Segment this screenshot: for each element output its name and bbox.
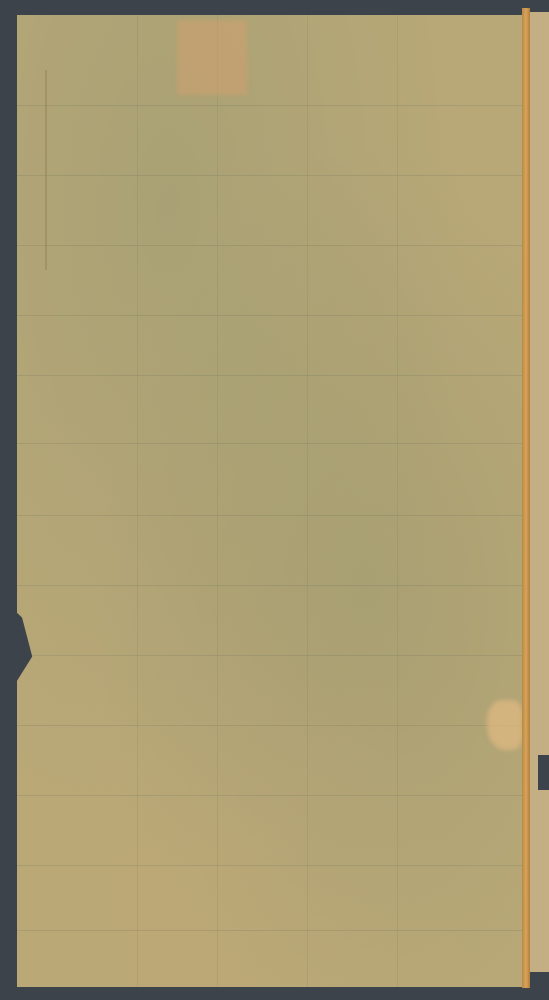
adjacent-page-edge	[530, 12, 549, 972]
ruled-column	[217, 15, 218, 987]
ruled-line	[17, 655, 525, 656]
blank-paper-page	[17, 15, 525, 987]
ruled-column	[137, 15, 138, 987]
ruled-line	[17, 795, 525, 796]
ruled-line	[17, 105, 525, 106]
ruled-line	[17, 245, 525, 246]
ruled-column	[397, 15, 398, 987]
paper-stain	[177, 20, 247, 95]
ruled-column	[307, 15, 308, 987]
fold-crease	[45, 70, 47, 270]
ruled-line	[17, 315, 525, 316]
ruled-line	[17, 443, 525, 444]
ruled-line	[17, 585, 525, 586]
ruled-line	[17, 515, 525, 516]
ruled-line	[17, 930, 525, 931]
page-tear	[538, 755, 549, 790]
ruled-line	[17, 375, 525, 376]
ruled-line	[17, 725, 525, 726]
ruled-line	[17, 175, 525, 176]
ruled-line	[17, 865, 525, 866]
book-spine-edge	[522, 8, 530, 988]
paper-stain	[487, 700, 523, 750]
